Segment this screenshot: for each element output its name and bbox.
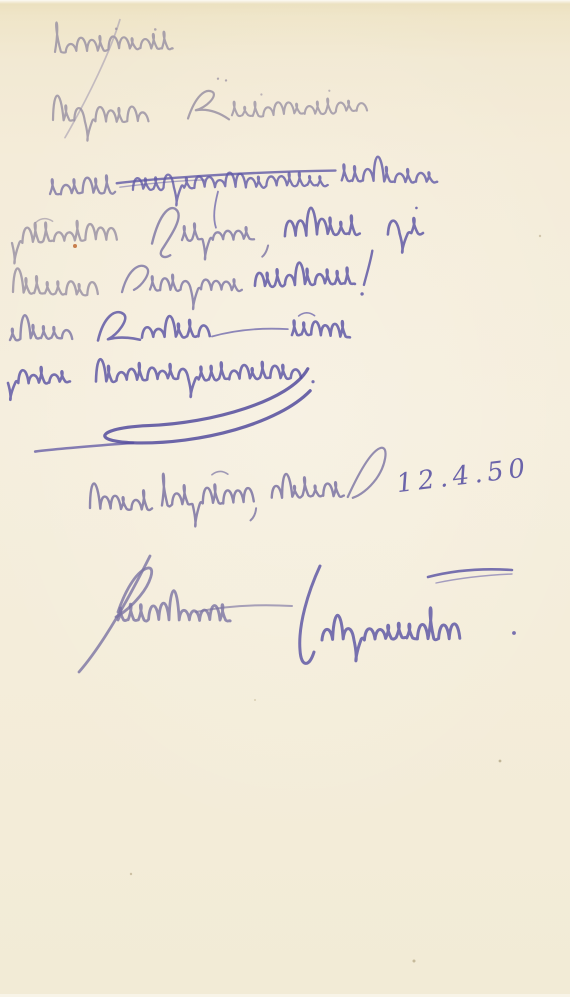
handwriting-layer: 12.4.50 bbox=[0, 0, 570, 997]
ink-stroke bbox=[133, 170, 329, 206]
ink-stroke bbox=[54, 18, 173, 53]
handwritten-line-dedication-1 bbox=[49, 155, 438, 232]
ink-stroke bbox=[212, 471, 228, 475]
ink-stroke bbox=[232, 98, 368, 118]
ink-stroke bbox=[118, 591, 230, 622]
ink-stroke bbox=[10, 314, 73, 340]
ink-stroke bbox=[328, 90, 330, 92]
ink-stroke bbox=[254, 699, 256, 701]
ink-stroke bbox=[499, 760, 502, 763]
ink-stroke bbox=[122, 266, 149, 292]
ink-stroke bbox=[12, 220, 118, 263]
handwritten-line-name bbox=[52, 74, 368, 142]
ink-stroke bbox=[341, 155, 437, 185]
ink-stroke bbox=[212, 328, 288, 336]
ink-stroke bbox=[187, 90, 229, 120]
ink-stroke bbox=[182, 222, 255, 259]
ink-stroke bbox=[250, 508, 256, 520]
date-digits: 12.4.50 bbox=[395, 453, 532, 499]
ink-stroke bbox=[150, 273, 242, 309]
ink-stroke bbox=[299, 313, 315, 316]
ink-stroke bbox=[151, 208, 179, 257]
ink-stroke bbox=[388, 218, 424, 253]
ink-stroke bbox=[262, 246, 268, 257]
ink-stroke bbox=[512, 631, 516, 635]
ink-stroke bbox=[428, 569, 512, 577]
ink-stroke bbox=[539, 235, 541, 237]
handwritten-signature bbox=[79, 556, 516, 672]
ink-stroke bbox=[217, 77, 219, 79]
ink-stroke bbox=[50, 175, 116, 195]
handwritten-line-dedication-4 bbox=[10, 308, 350, 343]
ink-stroke bbox=[311, 380, 314, 383]
handwritten-line-dedication-3 bbox=[12, 251, 373, 312]
handwritten-line-dedication-2 bbox=[11, 204, 423, 264]
ink-stroke bbox=[260, 93, 262, 95]
ink-stroke bbox=[300, 566, 320, 663]
ink-stroke bbox=[255, 262, 355, 288]
ink-stroke bbox=[271, 472, 344, 499]
ink-stroke bbox=[436, 574, 512, 583]
ink-stroke bbox=[322, 608, 460, 661]
ink-stroke bbox=[346, 448, 387, 498]
ink-stroke bbox=[284, 207, 359, 236]
ink-stroke bbox=[96, 356, 302, 399]
ink-stroke bbox=[36, 219, 53, 223]
handwritten-line-place-date: 12.4.50 bbox=[88, 443, 533, 531]
ink-stroke bbox=[360, 292, 363, 295]
ink-stroke bbox=[8, 366, 71, 399]
handwritten-line-dedication-5 bbox=[8, 355, 316, 452]
ink-stroke bbox=[292, 320, 350, 339]
ink-stroke bbox=[413, 960, 416, 963]
ink-stroke bbox=[130, 873, 132, 875]
ink-stroke bbox=[98, 312, 140, 341]
ink-stroke bbox=[363, 251, 373, 285]
book-endpaper-page: 12.4.50 Fräulein Ulrike Ruilanrode (?) d… bbox=[0, 0, 570, 997]
ink-stroke bbox=[35, 443, 133, 452]
ink-stroke bbox=[89, 481, 152, 512]
ink-stroke bbox=[142, 315, 210, 338]
ink-stroke bbox=[73, 244, 77, 248]
ink-stroke bbox=[13, 267, 98, 297]
ink-stroke bbox=[154, 28, 157, 31]
ink-stroke bbox=[161, 471, 255, 528]
ink-stroke bbox=[415, 207, 418, 210]
ink-stroke bbox=[214, 192, 219, 228]
ink-stroke bbox=[225, 79, 227, 81]
